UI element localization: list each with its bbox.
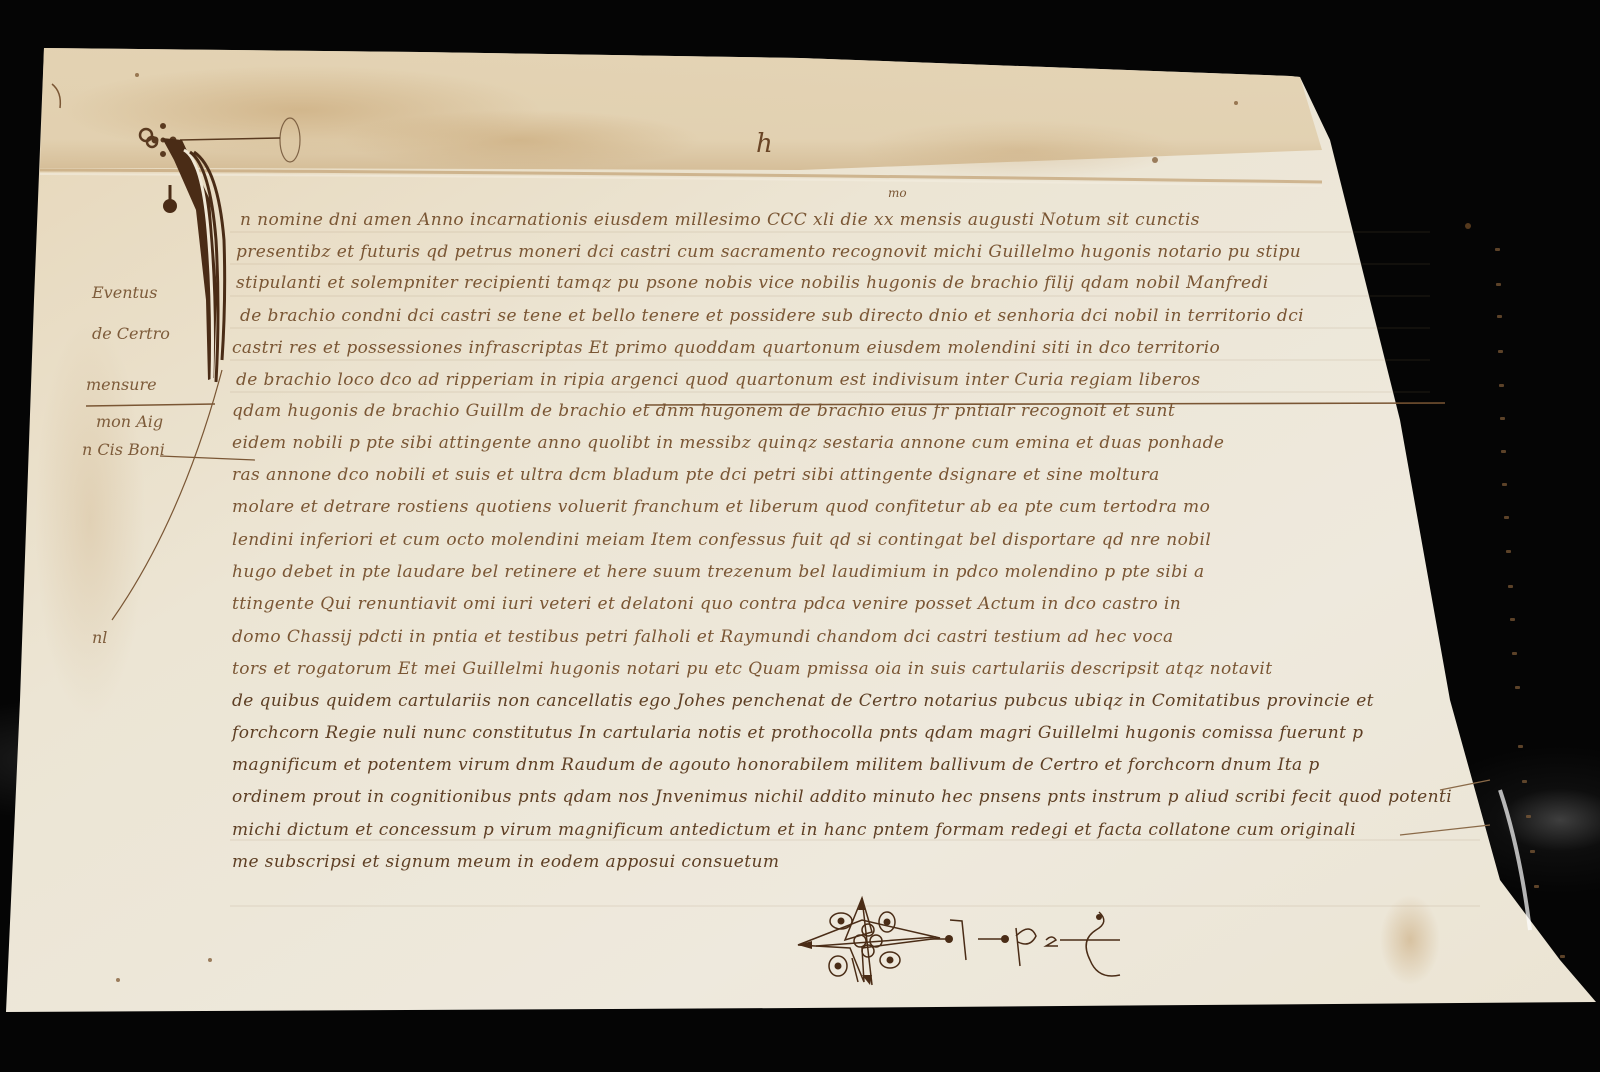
notarial-signum bbox=[0, 0, 1600, 1072]
